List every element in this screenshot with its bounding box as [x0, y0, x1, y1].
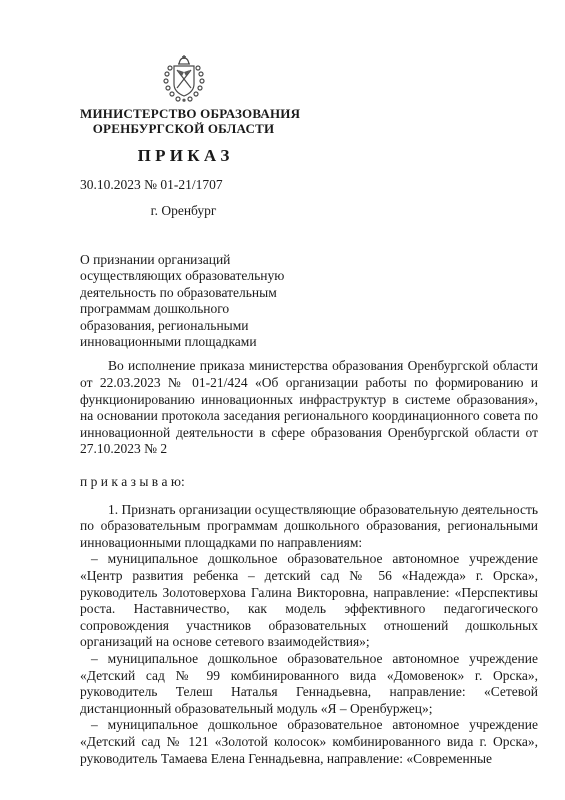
emblem-wrap — [80, 54, 287, 102]
document-header: МИНИСТЕРСТВО ОБРАЗОВАНИЯ ОРЕНБУРГСКОЙ ОБ… — [80, 54, 287, 219]
document-body: Во исполнение приказа министерства образ… — [80, 358, 538, 767]
subject-block: О признании организаций осуществляющих о… — [80, 252, 298, 350]
entry-paragraph-2: – муниципальное дошкольное образовательн… — [80, 651, 538, 717]
entry-paragraph-3: – муниципальное дошкольное образовательн… — [80, 717, 538, 767]
order-word: п р и к а з ы в а ю: — [80, 474, 538, 491]
date-number-line: 30.10.2023 № 01-21/1707 — [80, 177, 287, 193]
intro-paragraph: Во исполнение приказа министерства образ… — [80, 358, 538, 458]
coat-of-arms-icon — [162, 54, 206, 102]
doc-type-title: П Р И К А З — [80, 146, 287, 166]
place-line: г. Оренбург — [80, 203, 287, 219]
entry-paragraph-1: – муниципальное дошкольное образовательн… — [80, 551, 538, 651]
item-1-paragraph: 1. Признать организации осуществляющие о… — [80, 502, 538, 552]
document-page: МИНИСТЕРСТВО ОБРАЗОВАНИЯ ОРЕНБУРГСКОЙ ОБ… — [0, 0, 565, 800]
ministry-name-line1: МИНИСТЕРСТВО ОБРАЗОВАНИЯ — [80, 107, 287, 122]
ministry-name-line2: ОРЕНБУРГСКОЙ ОБЛАСТИ — [80, 122, 287, 137]
